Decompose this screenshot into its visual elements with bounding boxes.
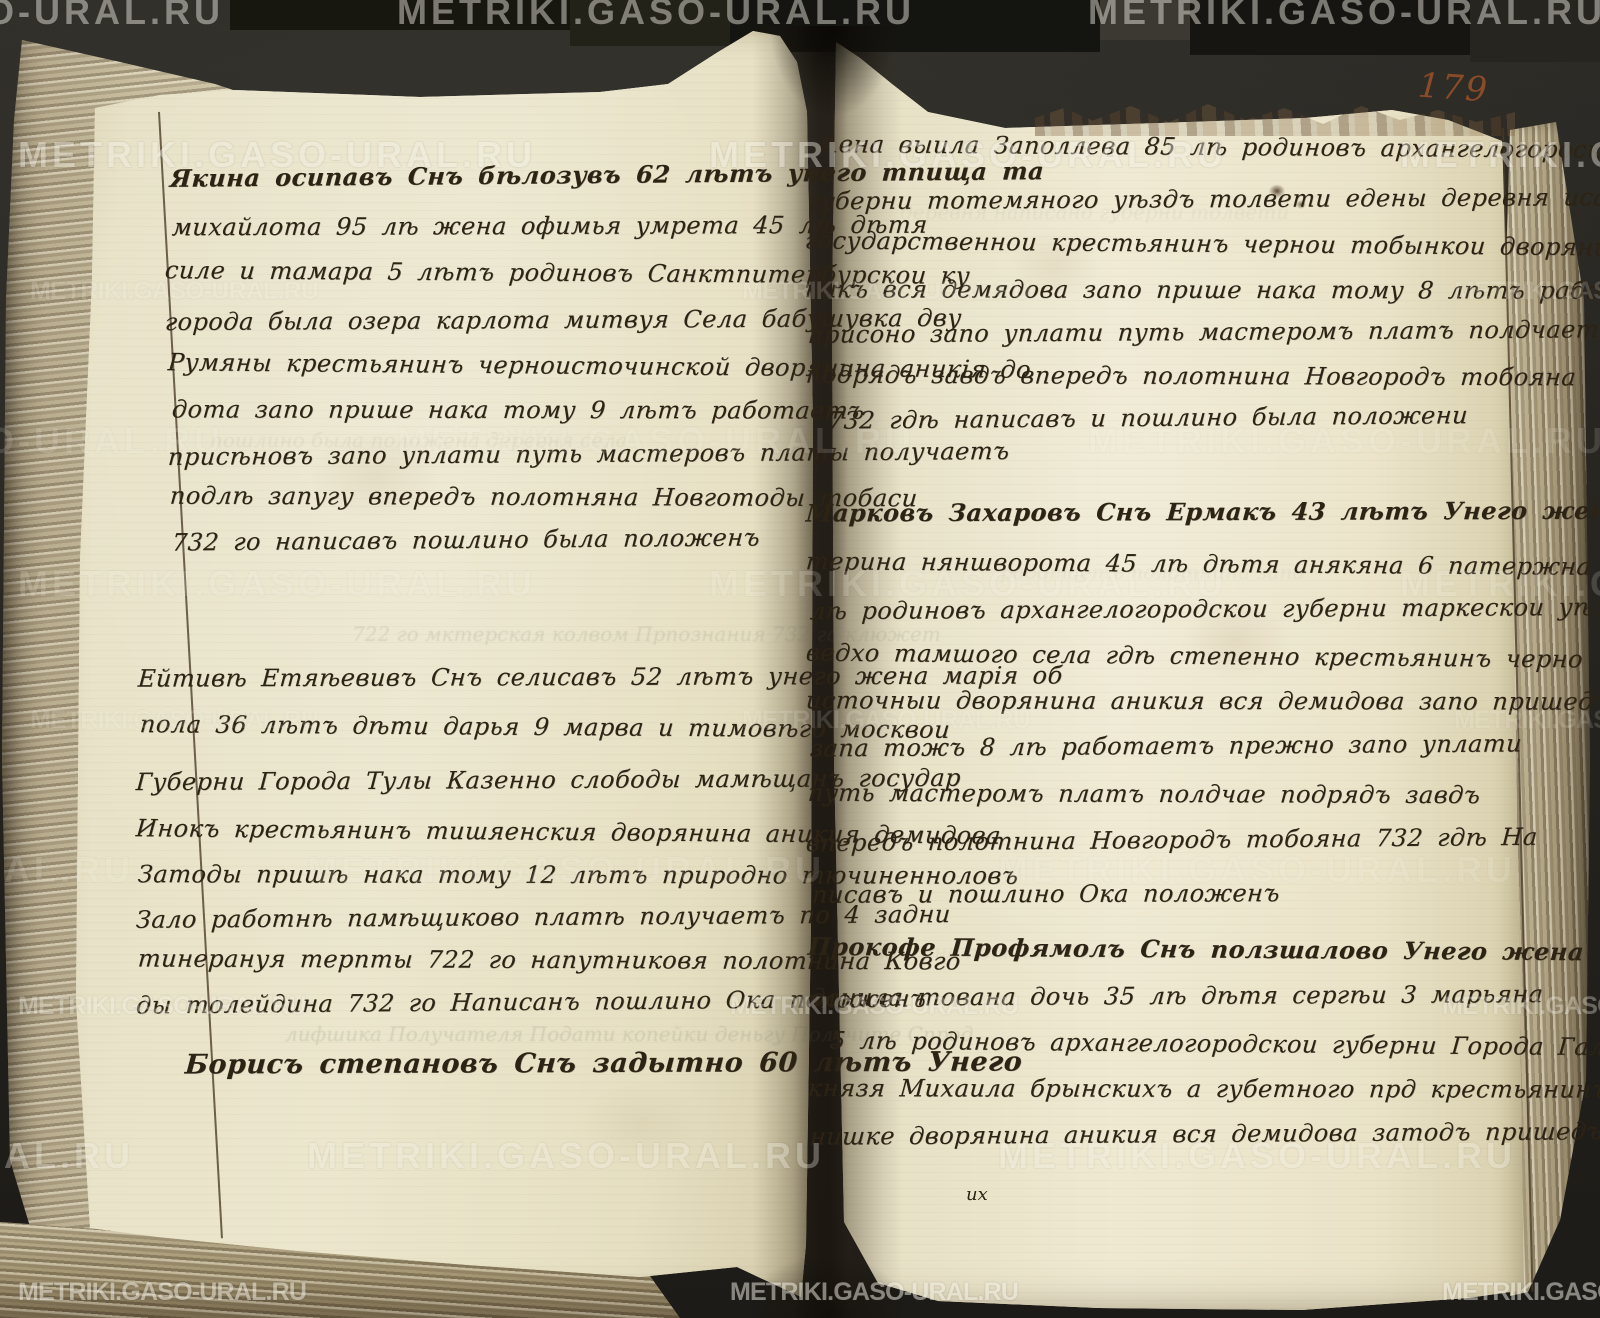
watermark-text: METRIKI.GASO-URAL.RU: [998, 849, 1516, 891]
watermark-text: METRIKI.GASO-URAL.RU: [730, 1278, 1018, 1307]
watermark-text: METRIKI.GASO-URAL.RU: [1442, 1278, 1600, 1307]
watermark-text: METRIKI.GASO-URAL.RU: [18, 1278, 306, 1307]
watermark-text: METRIKI.GASO-URAL.RU: [1400, 563, 1600, 605]
watermark-text: METRIKI.GASO-URAL.RU: [998, 1135, 1516, 1177]
watermark-text: METRIKI.GASO-URAL.RU: [1454, 706, 1600, 735]
watermark-text: METRIKI.GASO-URAL.RU: [307, 1135, 825, 1177]
watermark-text: METRIKI.GASO-URAL.RU: [730, 992, 1018, 1021]
watermark-layer: METRIKI.GASO-URAL.RUMETRIKI.GASO-URAL.RU…: [0, 0, 1600, 1318]
watermark-text: METRIKI.GASO-URAL.RU: [30, 277, 318, 306]
watermark-text: METRIKI.GASO-URAL.RU: [18, 992, 306, 1021]
watermark-text: METRIKI.GASO-URAL.RU: [709, 563, 1227, 605]
watermark-text: METRIKI.GASO-URAL.RU: [0, 420, 224, 462]
watermark-text: METRIKI.GASO-URAL.RU: [30, 706, 318, 735]
watermark-text: METRIKI.GASO-URAL.RU: [1088, 420, 1600, 462]
watermark-text: METRIKI.GASO-URAL.RU: [742, 277, 1030, 306]
watermark-text: METRIKI.GASO-URAL.RU: [1400, 134, 1600, 176]
watermark-text: METRIKI.GASO-URAL.RU: [0, 0, 224, 33]
manuscript-book-scan: 722 го мктерская колвом Прпознания 732 г…: [0, 0, 1600, 1318]
watermark-text: METRIKI.GASO-URAL.RU: [1088, 0, 1600, 33]
watermark-text: METRIKI.GASO-URAL.RU: [1454, 277, 1600, 306]
watermark-text: METRIKI.GASO-URAL.RU: [709, 134, 1227, 176]
watermark-text: METRIKI.GASO-URAL.RU: [307, 849, 825, 891]
watermark-text: METRIKI.GASO-URAL.RU: [397, 420, 915, 462]
watermark-text: METRIKI.GASO-URAL.RU: [742, 706, 1030, 735]
watermark-text: METRIKI.GASO-URAL.RU: [1442, 992, 1600, 1021]
watermark-text: METRIKI.GASO-URAL.RU: [0, 1135, 134, 1177]
watermark-text: METRIKI.GASO-URAL.RU: [0, 849, 134, 891]
watermark-text: METRIKI.GASO-URAL.RU: [397, 0, 915, 33]
watermark-text: METRIKI.GASO-URAL.RU: [18, 134, 536, 176]
watermark-text: METRIKI.GASO-URAL.RU: [18, 563, 536, 605]
